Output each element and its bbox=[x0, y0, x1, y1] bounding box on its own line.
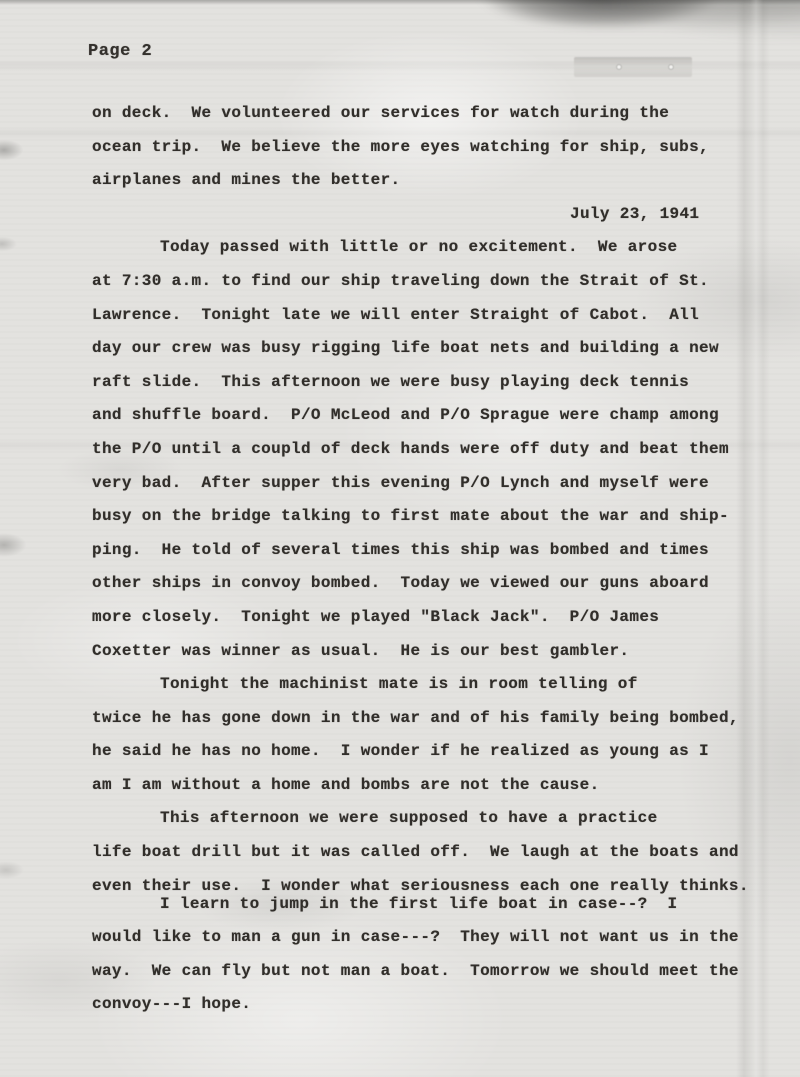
typed-line: life boat drill but it was called off. W… bbox=[92, 836, 764, 870]
typed-line: ping. He told of several times this ship… bbox=[92, 534, 764, 568]
scan-smudge-top-right bbox=[380, 0, 800, 76]
tape-mark bbox=[574, 57, 692, 77]
typed-line: and shuffle board. P/O McLeod and P/O Sp… bbox=[92, 399, 764, 433]
typed-line: busy on the bridge talking to first mate… bbox=[92, 500, 764, 534]
typed-line: on deck. We volunteered our services for… bbox=[92, 97, 764, 131]
typed-line: am I am without a home and bombs are not… bbox=[92, 769, 764, 803]
typed-line: more closely. Tonight we played "Black J… bbox=[92, 601, 764, 635]
typed-line: airplanes and mines the better. bbox=[92, 164, 764, 198]
typed-line: other ships in convoy bombed. Today we v… bbox=[92, 567, 764, 601]
scan-edge-artifact bbox=[0, 0, 800, 5]
typed-line: Lawrence. Tonight late we will enter Str… bbox=[92, 299, 764, 333]
typed-line: would like to man a gun in case---? They… bbox=[92, 921, 764, 955]
page-number-label: Page 2 bbox=[88, 42, 152, 61]
date-line: July 23, 1941 bbox=[570, 198, 764, 232]
typed-line: very bad. After supper this evening P/O … bbox=[92, 467, 764, 501]
typed-line: he said he has no home. I wonder if he r… bbox=[92, 735, 764, 769]
typed-line: convoy---I hope. bbox=[92, 988, 764, 1022]
typed-line: day our crew was busy rigging life boat … bbox=[92, 332, 764, 366]
typed-line: I learn to jump in the first life boat i… bbox=[92, 888, 764, 922]
typed-line: at 7:30 a.m. to find our ship traveling … bbox=[92, 265, 764, 299]
typed-line: the P/O until a coupld of deck hands wer… bbox=[92, 433, 764, 467]
typed-line: twice he has gone down in the war and of… bbox=[92, 702, 764, 736]
typed-line: raft slide. This afternoon we were busy … bbox=[92, 366, 764, 400]
typed-line: way. We can fly but not man a boat. Tomo… bbox=[92, 955, 764, 989]
typed-line: Today passed with little or no excitemen… bbox=[92, 231, 764, 265]
typed-line: This afternoon we were supposed to have … bbox=[92, 802, 764, 836]
typed-line: Tonight the machinist mate is in room te… bbox=[92, 668, 764, 702]
scanned-page: Page 2 on deck. We volunteered our servi… bbox=[0, 0, 800, 1077]
typed-line: Coxetter was winner as usual. He is our … bbox=[92, 635, 764, 669]
typed-text-block: on deck. We volunteered our services for… bbox=[92, 97, 764, 1022]
typed-line: ocean trip. We believe the more eyes wat… bbox=[92, 131, 764, 165]
